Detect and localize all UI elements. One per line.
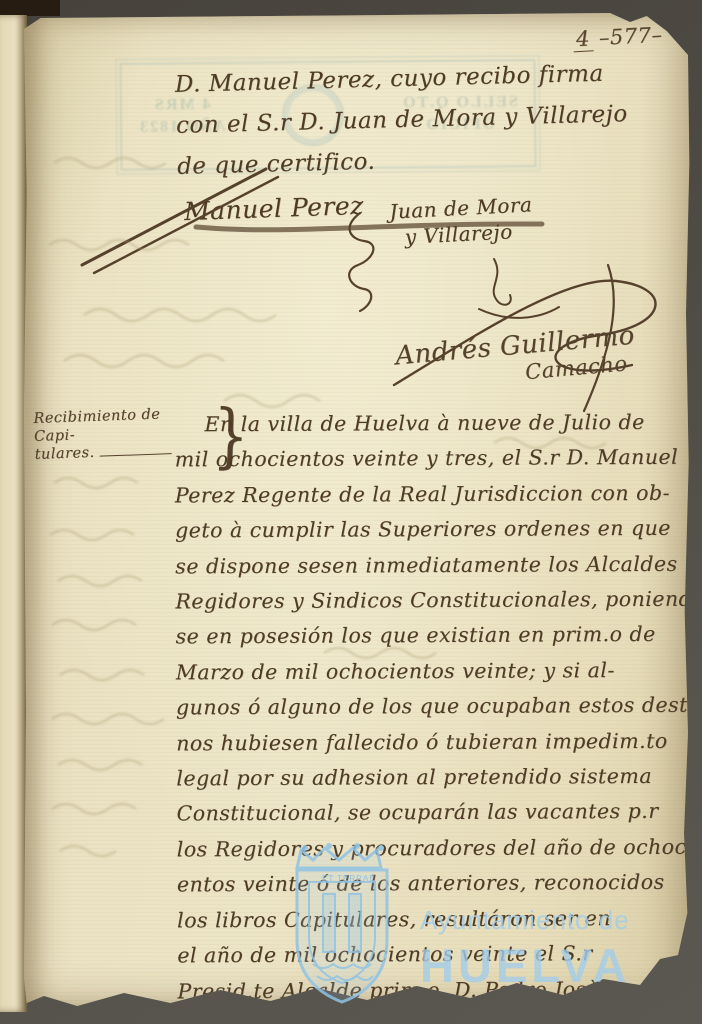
handwritten-line: el año de mil ochocientos veinte el S.r — [177, 936, 702, 974]
handwritten-line: se dispone sesen inmediatamente los Alca… — [175, 546, 702, 584]
handwritten-line: los Regidores y procuradores del año de … — [177, 829, 702, 867]
manuscript-page: SELLO Q.TOOFICIO 4 MRSAÑO 1823 4–577– D.… — [24, 13, 690, 1013]
handwritten-line: gunos ó alguno de los que ocupaban estos… — [176, 688, 702, 726]
handwritten-line: nos hubiesen fallecido ó tubieran impedi… — [176, 723, 702, 761]
handwritten-line: En la villa de Huelva à nueve de Julio d… — [174, 405, 702, 443]
handwritten-line: Presid.te Alcalde prim.o, D. Pedro Josè — [177, 971, 702, 1009]
handwritten-line: se en posesión los que existian en prim.… — [176, 617, 702, 655]
previous-page-edge — [0, 15, 27, 1012]
rubric-flourish — [349, 213, 373, 311]
handwritten-line: mil ochocientos veinte y tres, el S.r D.… — [175, 440, 702, 478]
signature-manuel-perez: Manuel Perez — [184, 191, 365, 226]
signature-juan-de-mora: Juan de Mora y Villarejo — [389, 191, 535, 250]
rubric-flourish — [479, 259, 559, 318]
handwritten-line: los libros Capitulares, resultáron ser e… — [177, 900, 702, 938]
handwritten-line: geto à cumplir las Superiores ordenes en… — [175, 511, 702, 549]
handwritten-line: Marzo de mil ochocientos veinte; y si al… — [176, 652, 702, 690]
document-scan: SELLO Q.TOOFICIO 4 MRSAÑO 1823 4–577– D.… — [0, 0, 702, 1024]
margin-underline — [100, 443, 172, 457]
handwritten-line: entos veinte ó de los anteriores, recono… — [177, 865, 702, 903]
signature-camacho: Andrés Guillermo Camacho — [394, 321, 638, 396]
folio-number: 4–577– — [572, 23, 663, 52]
handwritten-line: Perez Regente de la Real Jurisdiccion co… — [175, 475, 702, 513]
handwritten-line: Regidores y Sindicos Constitucionales, p… — [175, 582, 702, 620]
binding-shadow — [0, 0, 60, 16]
body-paragraph: En la villa de Huelva à nueve de Julio d… — [174, 405, 702, 1010]
handwritten-line: legal por su adhesion al pretendido sist… — [176, 759, 702, 797]
handwritten-line: Constitucional, se ocuparán las vacantes… — [176, 794, 702, 832]
intro-paragraph: D. Manuel Perez, cuyo recibo firma con e… — [174, 53, 629, 188]
